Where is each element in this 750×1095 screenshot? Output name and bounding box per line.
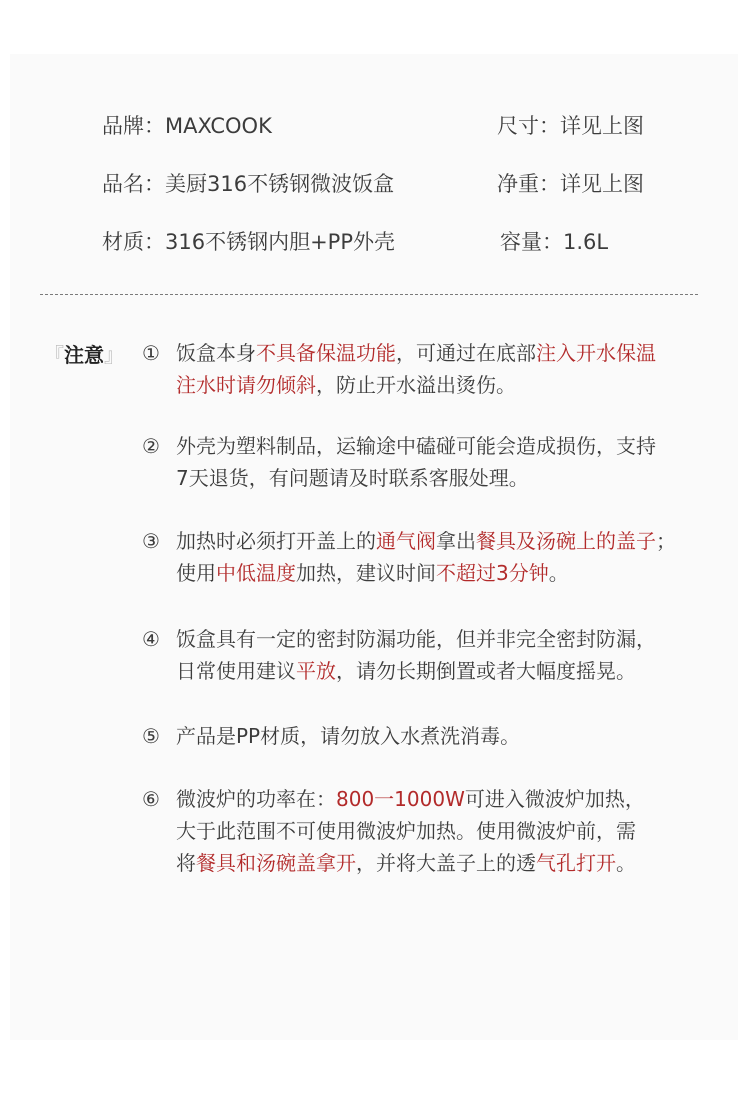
spec-value: 316不锈钢内胆+PP外壳 (165, 230, 395, 254)
note-text: 饭盒具有一定的密封防漏功能，但并非完全密封防漏， (176, 627, 656, 651)
highlight-text: 餐具和汤碗盖拿开 (196, 851, 356, 875)
note-text: 拿出 (436, 529, 476, 553)
spec-label: 材质： (102, 230, 165, 254)
highlight-text: 不超过3分钟 (436, 561, 549, 585)
highlight-text: 注入开水保温 (536, 341, 656, 365)
highlight-text: 注水时请勿倾斜 (176, 373, 316, 397)
note-text: ； (656, 529, 676, 553)
note-number: ⑥ (142, 783, 176, 815)
note-item: ⑥微波炉的功率在：800一1000W可进入微波炉加热，大于此范围不可使用微波炉加… (142, 783, 645, 879)
note-line: 日常使用建议平放，请勿长期倒置或者大幅度摇晃。 (142, 655, 656, 687)
spec-label: 净重： (497, 172, 560, 196)
note-text: ，防止开水溢出烫伤。 (316, 373, 516, 397)
note-number: ③ (142, 525, 176, 557)
note-text: 产品是PP材质，请勿放入水煮洗消毒。 (176, 724, 520, 748)
note-text: 。 (549, 561, 569, 585)
spec-capacity: 容量：1.6L (500, 228, 608, 256)
note-line: ④饭盒具有一定的密封防漏功能，但并非完全密封防漏， (142, 623, 656, 655)
notice-title: 注意 (64, 343, 104, 367)
note-line: ①饭盒本身不具备保温功能，可通过在底部注入开水保温 (142, 337, 656, 369)
note-text: 使用 (176, 561, 216, 585)
note-number: ④ (142, 623, 176, 655)
note-line: ③加热时必须打开盖上的通气阀拿出餐具及汤碗上的盖子； (142, 525, 676, 557)
note-line: ⑤产品是PP材质，请勿放入水煮洗消毒。 (142, 720, 520, 752)
note-line: 将餐具和汤碗盖拿开，并将大盖子上的透气孔打开。 (142, 847, 645, 879)
note-line: 大于此范围不可使用微波炉加热。使用微波炉前，需 (142, 815, 645, 847)
note-text: 日常使用建议 (176, 659, 296, 683)
spec-material: 材质：316不锈钢内胆+PP外壳 (102, 228, 395, 256)
spec-value: MAXCOOK (165, 114, 272, 138)
bracket-open: 『 (44, 343, 64, 367)
spec-brand: 品牌：MAXCOOK (102, 112, 272, 140)
highlight-text: 气孔打开 (536, 851, 616, 875)
highlight-text: 餐具及汤碗上的盖子 (476, 529, 656, 553)
note-text: ，并将大盖子上的透 (356, 851, 536, 875)
note-number: ⑤ (142, 720, 176, 752)
highlight-text: 通气阀 (376, 529, 436, 553)
note-text: 可进入微波炉加热， (465, 787, 645, 811)
note-text: 加热时必须打开盖上的 (176, 529, 376, 553)
note-line: 7天退货，有问题请及时联系客服处理。 (142, 462, 656, 494)
spec-value: 1.6L (563, 230, 608, 254)
note-text: ，请勿长期倒置或者大幅度摇晃。 (336, 659, 636, 683)
spec-label: 品名： (102, 172, 165, 196)
note-item: ①饭盒本身不具备保温功能，可通过在底部注入开水保温注水时请勿倾斜，防止开水溢出烫… (142, 337, 656, 401)
note-text: ，可通过在底部 (396, 341, 536, 365)
spec-label: 品牌： (102, 114, 165, 138)
spec-value: 详见上图 (560, 172, 644, 196)
note-item: ④饭盒具有一定的密封防漏功能，但并非完全密封防漏，日常使用建议平放，请勿长期倒置… (142, 623, 656, 687)
spec-size: 尺寸：详见上图 (497, 112, 644, 140)
highlight-text: 平放 (296, 659, 336, 683)
note-item: ③加热时必须打开盖上的通气阀拿出餐具及汤碗上的盖子；使用中低温度加热，建议时间不… (142, 525, 676, 589)
dashed-divider (40, 294, 698, 295)
spec-label: 尺寸： (497, 114, 560, 138)
highlight-text: 不具备保温功能 (256, 341, 396, 365)
note-text: 7天退货，有问题请及时联系客服处理。 (176, 466, 529, 490)
note-text: 饭盒本身 (176, 341, 256, 365)
highlight-text: 中低温度 (216, 561, 296, 585)
note-line: 使用中低温度加热，建议时间不超过3分钟。 (142, 557, 676, 589)
highlight-text: 800一1000W (336, 787, 465, 811)
note-text: 微波炉的功率在： (176, 787, 336, 811)
note-line: ⑥微波炉的功率在：800一1000W可进入微波炉加热， (142, 783, 645, 815)
note-text: 加热，建议时间 (296, 561, 436, 585)
spec-net-weight: 净重：详见上图 (497, 170, 644, 198)
note-line: 注水时请勿倾斜，防止开水溢出烫伤。 (142, 369, 656, 401)
spec-product-name: 品名：美厨316不锈钢微波饭盒 (102, 170, 394, 198)
note-number: ① (142, 337, 176, 369)
spec-value: 美厨316不锈钢微波饭盒 (165, 172, 394, 196)
spec-value: 详见上图 (560, 114, 644, 138)
note-line: ②外壳为塑料制品，运输途中磕碰可能会造成损伤，支持 (142, 430, 656, 462)
notice-label: 『注意』 (44, 340, 124, 370)
note-item: ⑤产品是PP材质，请勿放入水煮洗消毒。 (142, 720, 520, 752)
note-text: 大于此范围不可使用微波炉加热。使用微波炉前，需 (176, 819, 636, 843)
spec-label: 容量： (500, 230, 563, 254)
note-item: ②外壳为塑料制品，运输途中磕碰可能会造成损伤，支持7天退货，有问题请及时联系客服… (142, 430, 656, 494)
bracket-close: 』 (104, 343, 124, 367)
note-text: 外壳为塑料制品，运输途中磕碰可能会造成损伤，支持 (176, 434, 656, 458)
note-text: 。 (616, 851, 636, 875)
note-number: ② (142, 430, 176, 462)
note-text: 将 (176, 851, 196, 875)
